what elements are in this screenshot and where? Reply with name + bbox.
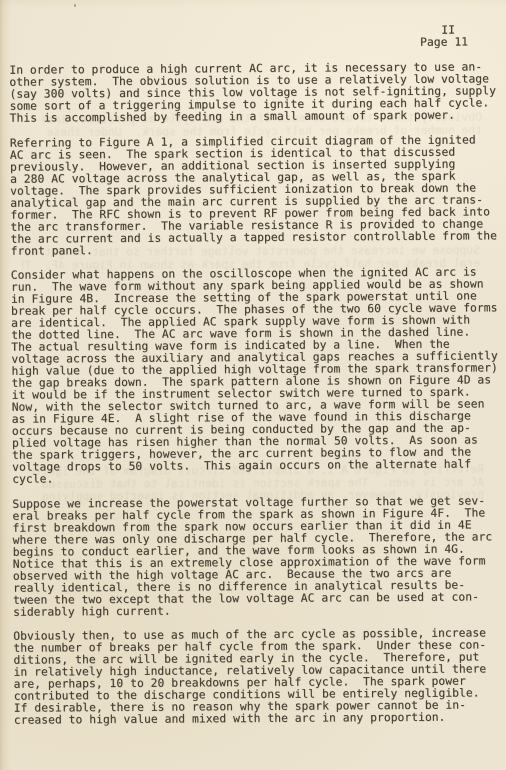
page-content: II Page 11 In order to produce a high cu…	[9, 24, 503, 739]
scanned-page: Obviously then, to use as much of the ar…	[0, 0, 506, 770]
paragraph-intro: In order to produce a high current AC ar…	[9, 61, 498, 124]
scan-speck	[74, 4, 76, 7]
paragraph-figure-a1: Referring to Figure A 1, a simplified ci…	[10, 134, 500, 257]
page-header: II Page 11	[9, 24, 498, 51]
paragraph-oscilloscope: Consider what happens on the oscilloscop…	[11, 266, 501, 485]
paragraph-conclusion: Obviously then, to use as much of the ar…	[13, 627, 503, 726]
paragraph-powerstat: Suppose we increase the powerstat voltag…	[12, 495, 502, 618]
page-number: Page 11	[9, 37, 468, 52]
